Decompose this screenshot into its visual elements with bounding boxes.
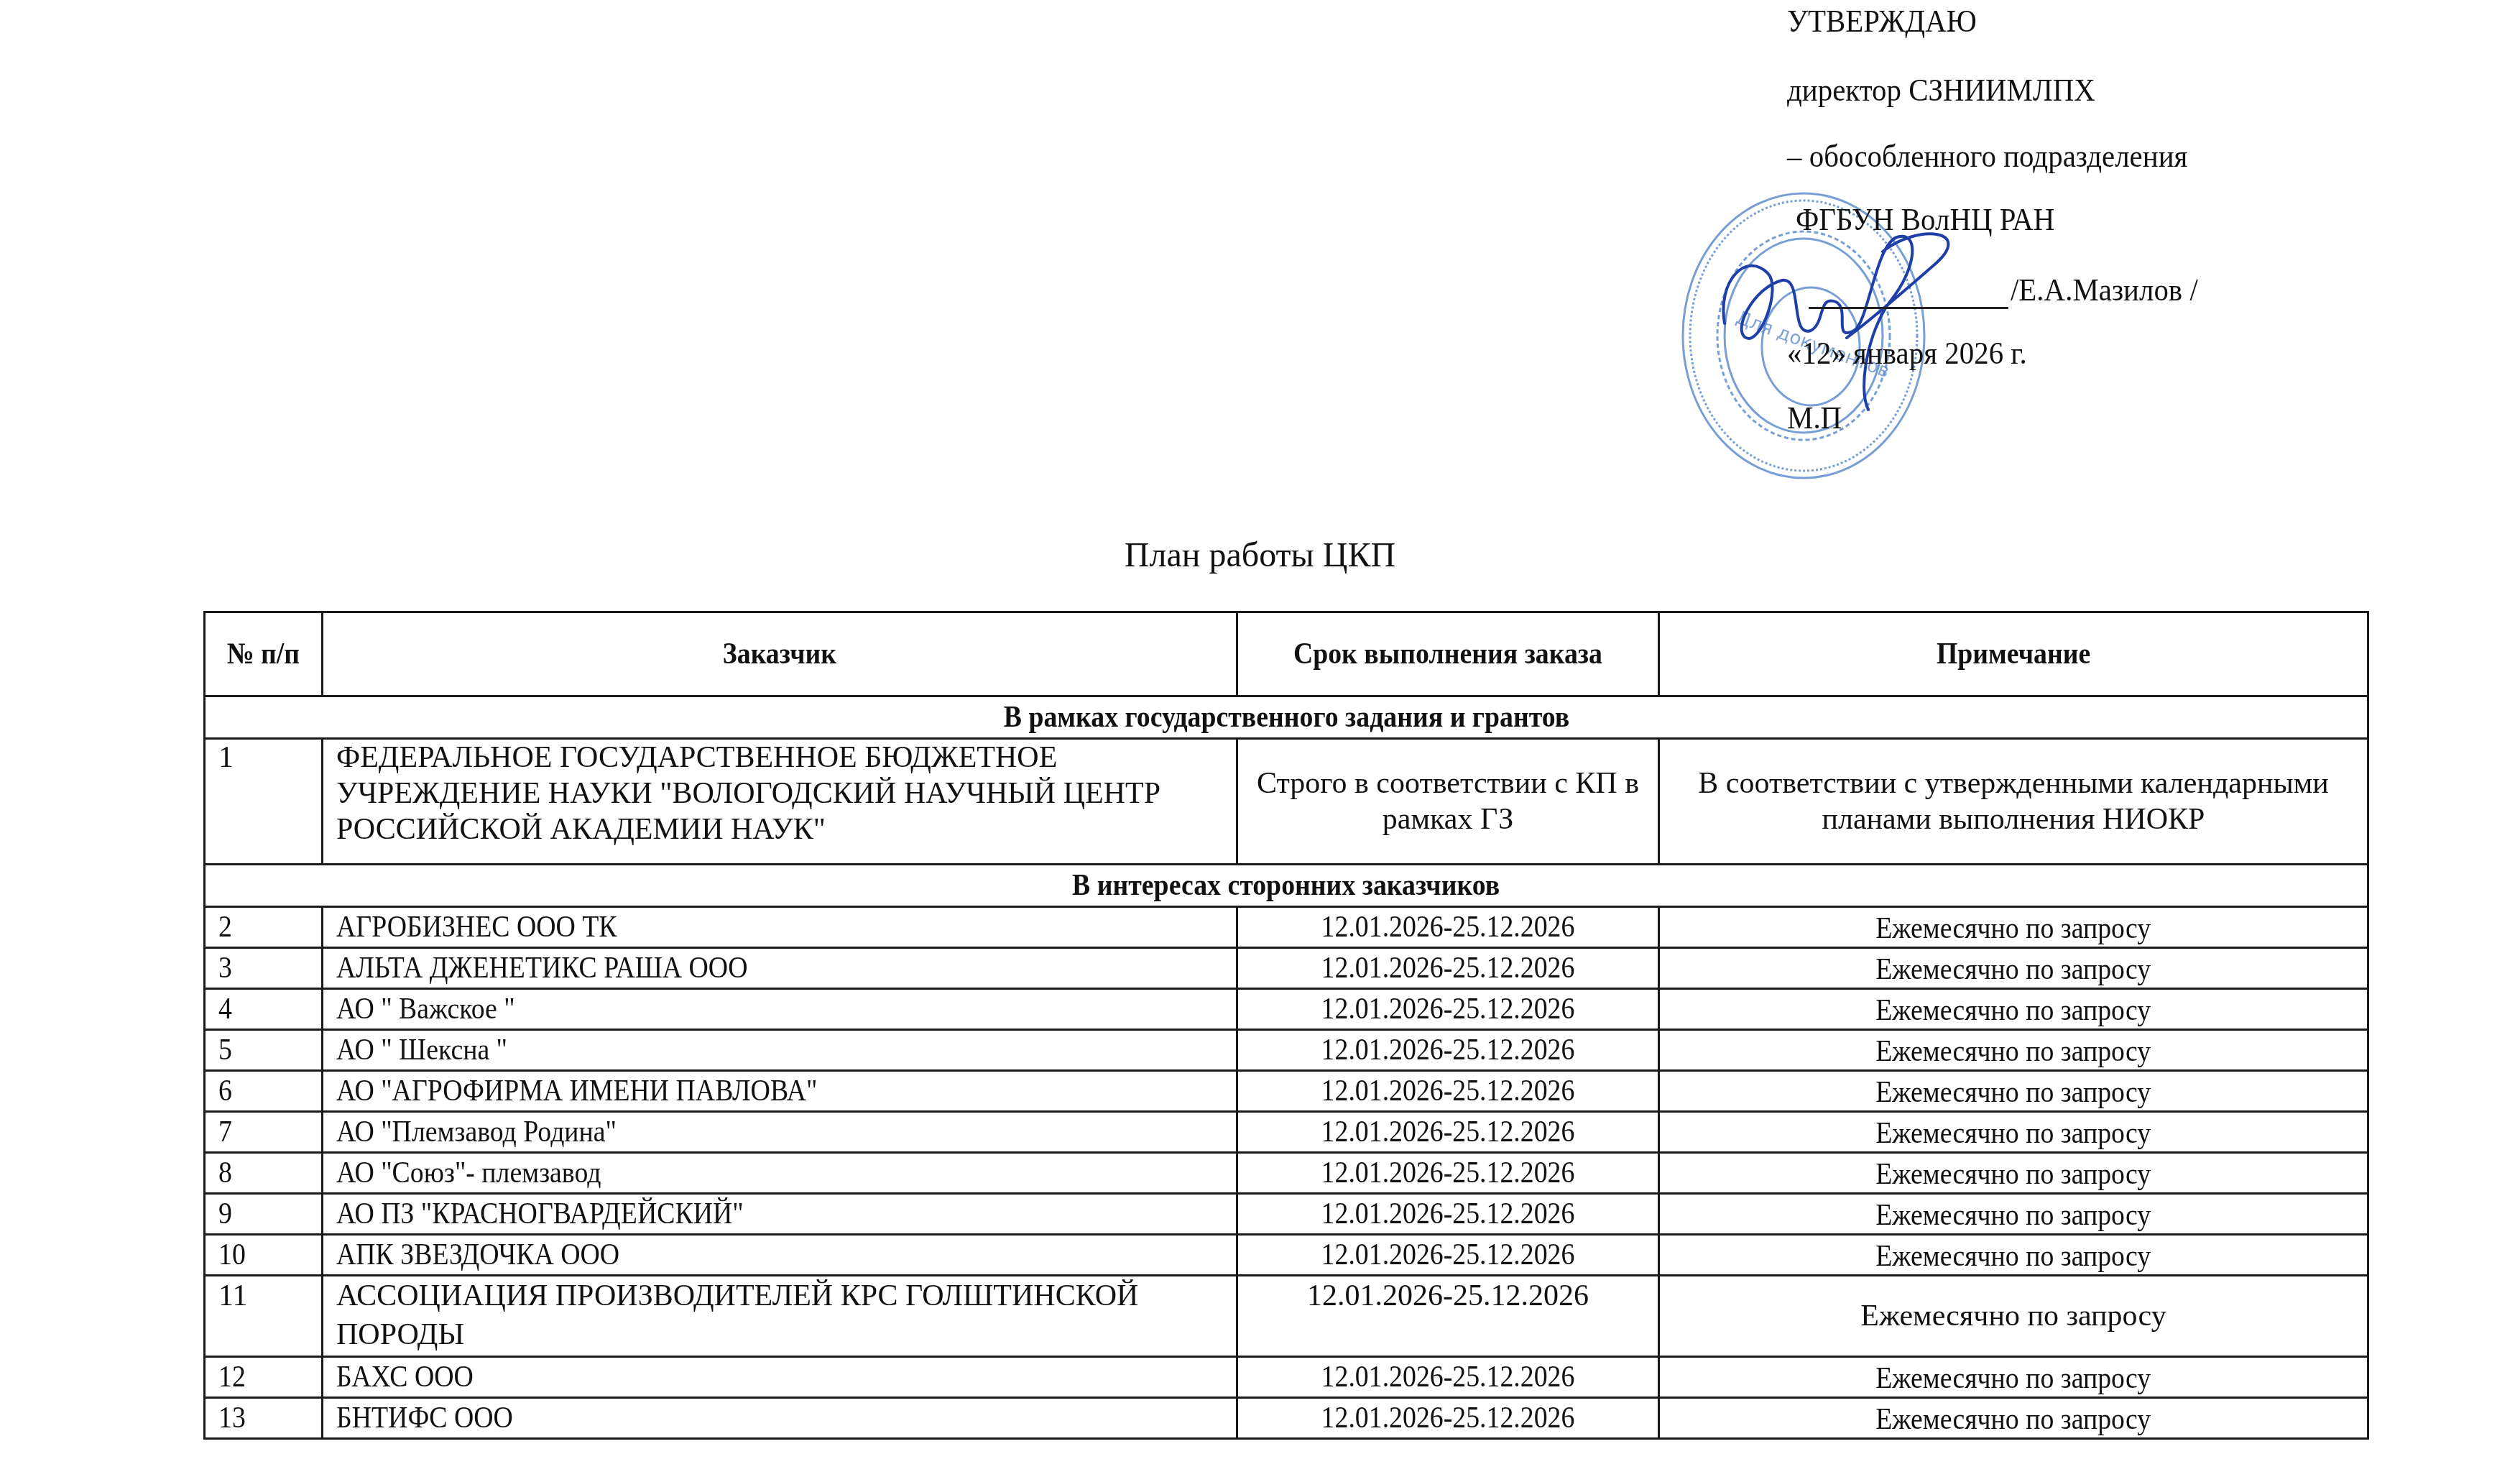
approval-heading: УТВЕРЖДАЮ	[1787, 3, 1977, 40]
row-number: 6	[205, 1071, 323, 1112]
table-row: 10АПК ЗВЕЗДОЧКА ООО12.01.2026-25.12.2026…	[205, 1235, 2368, 1276]
order-term: 12.01.2026-25.12.2026	[1237, 1398, 1659, 1439]
customer-name: АПК ЗВЕЗДОЧКА ООО	[323, 1235, 1237, 1276]
order-term: Строго в соответствии с КП в рамках ГЗ	[1237, 739, 1659, 865]
approver-subdivision: – обособленного подразделения	[1787, 138, 2187, 175]
row-number: 4	[205, 989, 323, 1030]
table-row: 11АССОЦИАЦИЯ ПРОИЗВОДИТЕЛЕЙ КРС ГОЛШТИНС…	[205, 1276, 2368, 1357]
table-row: 9АО ПЗ "КРАСНОГВАРДЕЙСКИЙ"12.01.2026-25.…	[205, 1194, 2368, 1235]
note-cell: Ежемесячно по запросу	[1659, 1357, 2368, 1398]
row-number: 9	[205, 1194, 323, 1235]
order-term: 12.01.2026-25.12.2026	[1237, 1071, 1659, 1112]
customer-name: ФЕДЕРАЛЬНОЕ ГОСУДАРСТВЕННОЕ БЮДЖЕТНОЕ УЧ…	[323, 739, 1237, 865]
customer-name: АО "Союз"- племзавод	[323, 1153, 1237, 1194]
row-number: 12	[205, 1357, 323, 1398]
section-row: В рамках государственного задания и гран…	[205, 696, 2368, 739]
note-cell: В соответствии с утвержденными календарн…	[1659, 739, 2368, 865]
table-header-row: № п/п Заказчик Срок выполнения заказа Пр…	[205, 612, 2368, 696]
order-term: 12.01.2026-25.12.2026	[1237, 1153, 1659, 1194]
order-term: 12.01.2026-25.12.2026	[1237, 1112, 1659, 1153]
customer-name: БНТИФС ООО	[323, 1398, 1237, 1439]
header-note: Примечание	[1659, 612, 2368, 696]
note-cell: Ежемесячно по запросу	[1659, 1153, 2368, 1194]
row-number: 8	[205, 1153, 323, 1194]
customer-name: АО "Племзавод Родина"	[323, 1112, 1237, 1153]
order-term: 12.01.2026-25.12.2026	[1237, 1194, 1659, 1235]
document-title: План работы ЦКП	[0, 535, 2520, 576]
table-row: 2АГРОБИЗНЕС ООО ТК12.01.2026-25.12.2026Е…	[205, 907, 2368, 948]
table-row: 3АЛЬТА ДЖЕНЕТИКС РАША ООО12.01.2026-25.1…	[205, 948, 2368, 989]
signature-icon	[1703, 223, 2005, 438]
approver-organization: ФГБУН ВолНЦ РАН	[1796, 201, 2054, 239]
order-term: 12.01.2026-25.12.2026	[1237, 1235, 1659, 1276]
row-number: 3	[205, 948, 323, 989]
row-number: 10	[205, 1235, 323, 1276]
order-term: 12.01.2026-25.12.2026	[1237, 948, 1659, 989]
note-cell: Ежемесячно по запросу	[1659, 907, 2368, 948]
note-cell: Ежемесячно по запросу	[1659, 1112, 2368, 1153]
approver-name: /Е.А.Мазилов /	[2011, 272, 2198, 309]
order-term: 12.01.2026-25.12.2026	[1237, 989, 1659, 1030]
table-row: 13БНТИФС ООО12.01.2026-25.12.2026Ежемеся…	[205, 1398, 2368, 1439]
note-cell: Ежемесячно по запросу	[1659, 1398, 2368, 1439]
note-cell: Ежемесячно по запросу	[1659, 948, 2368, 989]
customer-name: АГРОБИЗНЕС ООО ТК	[323, 907, 1237, 948]
section-title: В интересах сторонних заказчиков	[205, 865, 2368, 907]
work-plan-table: № п/п Заказчик Срок выполнения заказа Пр…	[203, 611, 2369, 1440]
seal-place-mark: М.П	[1787, 400, 1842, 437]
table-row: 8АО "Союз"- племзавод12.01.2026-25.12.20…	[205, 1153, 2368, 1194]
signature-line	[1809, 307, 2008, 309]
table-row: 1ФЕДЕРАЛЬНОЕ ГОСУДАРСТВЕННОЕ БЮДЖЕТНОЕ У…	[205, 739, 2368, 865]
customer-name: АО " Важское "	[323, 989, 1237, 1030]
row-number: 13	[205, 1398, 323, 1439]
section-row: В интересах сторонних заказчиков	[205, 865, 2368, 907]
customer-name: БАХС ООО	[323, 1357, 1237, 1398]
order-term: 12.01.2026-25.12.2026	[1237, 1030, 1659, 1071]
order-term: 12.01.2026-25.12.2026	[1237, 907, 1659, 948]
customer-name: АО "АГРОФИРМА ИМЕНИ ПАВЛОВА"	[323, 1071, 1237, 1112]
row-number: 5	[205, 1030, 323, 1071]
row-number: 2	[205, 907, 323, 948]
table-row: 4АО " Важское "12.01.2026-25.12.2026Ежем…	[205, 989, 2368, 1030]
customer-name: АССОЦИАЦИЯ ПРОИЗВОДИТЕЛЕЙ КРС ГОЛШТИНСКО…	[323, 1276, 1237, 1357]
customer-name: АЛЬТА ДЖЕНЕТИКС РАША ООО	[323, 948, 1237, 989]
note-cell: Ежемесячно по запросу	[1659, 989, 2368, 1030]
note-cell: Ежемесячно по запросу	[1659, 1235, 2368, 1276]
note-cell: Ежемесячно по запросу	[1659, 1276, 2368, 1357]
note-cell: Ежемесячно по запросу	[1659, 1071, 2368, 1112]
table-row: 7АО "Племзавод Родина"12.01.2026-25.12.2…	[205, 1112, 2368, 1153]
approval-date: «12» января 2026 г.	[1787, 335, 2027, 372]
row-number: 1	[205, 739, 323, 865]
table-row: 12БАХС ООО12.01.2026-25.12.2026Ежемесячн…	[205, 1357, 2368, 1398]
note-cell: Ежемесячно по запросу	[1659, 1194, 2368, 1235]
customer-name: АО " Шексна "	[323, 1030, 1237, 1071]
row-number: 7	[205, 1112, 323, 1153]
header-term: Срок выполнения заказа	[1237, 612, 1659, 696]
row-number: 11	[205, 1276, 323, 1357]
order-term: 12.01.2026-25.12.2026	[1237, 1276, 1659, 1357]
note-cell: Ежемесячно по запросу	[1659, 1030, 2368, 1071]
table-row: 6АО "АГРОФИРМА ИМЕНИ ПАВЛОВА"12.01.2026-…	[205, 1071, 2368, 1112]
customer-name: АО ПЗ "КРАСНОГВАРДЕЙСКИЙ"	[323, 1194, 1237, 1235]
order-term: 12.01.2026-25.12.2026	[1237, 1357, 1659, 1398]
section-title: В рамках государственного задания и гран…	[205, 696, 2368, 739]
approver-position: директор СЗНИИМЛПХ	[1787, 72, 2095, 109]
header-num: № п/п	[205, 612, 323, 696]
table-row: 5АО " Шексна "12.01.2026-25.12.2026Ежеме…	[205, 1030, 2368, 1071]
header-customer: Заказчик	[323, 612, 1237, 696]
